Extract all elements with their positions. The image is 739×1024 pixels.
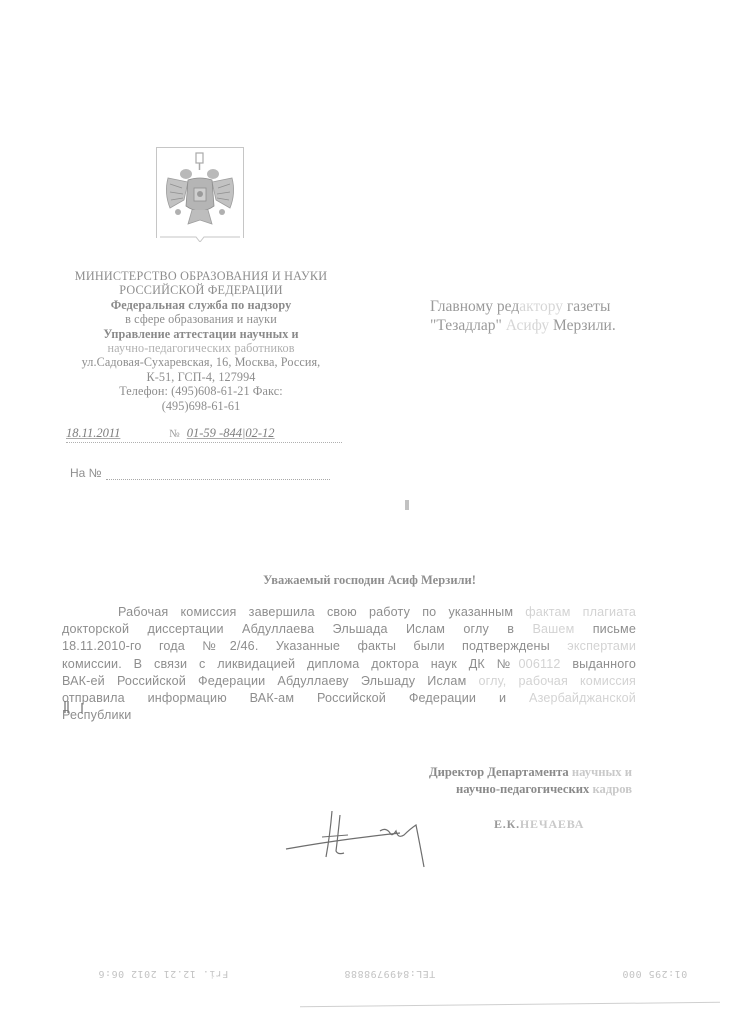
body-text-faded: Вашем [532,622,574,636]
body-text: докторской диссертации Абдуллаева Эльшад… [62,622,532,636]
margin-marks [63,700,93,714]
body-text-faded: фактам плагиата [525,605,636,619]
body-text-faded: 006112 [519,657,561,671]
addressee-text: газеты [563,298,610,315]
fax-line: (495)698-61-61 [60,399,342,413]
addressee-line-1: Главному редактору газеты [430,297,670,316]
signatory-surname: НЕЧАЕВА [520,817,584,831]
reference-label: На № [70,466,102,480]
addressee-text-faded: Асифу [502,317,549,334]
body-text: отправила информацию ВАК-ам Российской Ф… [62,691,529,705]
body-line: Республики [62,707,636,724]
service-sphere: в сфере образования и науки [60,312,342,326]
body-line: ВАК-ей Российской Федерации Абдуллаеву Э… [62,673,636,690]
signatory-title-text: Директор Департамента [429,765,569,779]
ministry-country: РОССИЙСКОЙ ФЕДЕРАЦИИ [60,283,342,297]
body-text: выданного [561,657,636,671]
handwritten-signature [280,805,450,875]
handwritten-number: 01-59 -844|02-12 [187,426,275,440]
signatory-title-line-1: Директор Департамента научных и [352,764,632,781]
signatory-title-text-faded: научных и [569,765,632,779]
addressee-line-2: "Тезадлар" Асифу Мерзили. [430,316,670,335]
address-line-1: ул.Садовая-Сухаревская, 16, Москва, Росс… [60,355,342,369]
body-text: Рабочая комиссия завершила свою работу п… [118,605,525,619]
body-line: отправила информацию ВАК-ам Российской Ф… [62,690,636,707]
body-text-faded: экспертами [567,639,636,653]
body-line: докторской диссертации Абдуллаева Эльшад… [62,621,636,638]
addressee-surname: Мерзили. [549,317,616,334]
department-name-cont: научно-педагогических работников [60,341,342,355]
address-line-2: К-51, ГСП-4, 127994 [60,370,342,384]
body-line: Рабочая комиссия завершила свою работу п… [62,604,636,621]
signatory-title-text-faded: кадров [589,782,632,796]
phone-line: Телефон: (495)608-61-21 Факс: [60,384,342,398]
body-text: письме [574,622,636,636]
body-text: комиссии. В связи с ликвидацией диплома … [62,657,519,671]
addressee-text-faded: актору [519,298,563,315]
body-text: 18.11.2010-го года №2/46. Указанные факт… [62,639,567,653]
signatory-title: Директор Департамента научных и научно-п… [352,764,632,798]
body-text-faded: оглу, рабочая комиссия [478,674,636,688]
number-label: № [169,426,180,442]
letterhead: МИНИСТЕРСТВО ОБРАЗОВАНИЯ И НАУКИ РОССИЙС… [60,269,342,413]
fax-header-date: Fri. 12.21 2012 06:6 [98,968,228,979]
reference-blank [106,469,330,480]
outgoing-reference-line: 18.11.2011 № 01-59 -844|02-12 [66,425,342,443]
paper-edge [300,1002,720,1007]
coat-of-arms-icon [160,148,240,242]
fax-header-page: 01:295 000 [622,968,687,979]
department-name: Управление аттестации научных и [60,327,342,341]
service-name: Федеральная служба по надзору [60,298,342,312]
incoming-reference-line: На № [70,466,330,480]
signatory-title-line-2: научно-педагогических кадров [352,781,632,798]
scan-speck [405,500,409,510]
addressee-text: Главному ред [430,298,519,315]
ministry-name: МИНИСТЕРСТВО ОБРАЗОВАНИЯ И НАУКИ [60,269,342,283]
letter-body: Рабочая комиссия завершила свою работу п… [62,604,636,724]
signatory-name: Е.К.НЕЧАЕВА [494,817,614,832]
addressee: Главному редактору газеты "Тезадлар" Аси… [430,297,670,335]
body-text: ВАК-ей Российской Федерации Абдуллаеву Э… [62,674,478,688]
signatory-title-text: научно-педагогических [456,782,589,796]
body-line: 18.11.2010-го года №2/46. Указанные факт… [62,638,636,655]
fax-header-tel: TEL:8499798888 [344,968,435,979]
body-line: комиссии. В связи с ликвидацией диплома … [62,656,636,673]
salutation: Уважаемый господин Асиф Мерзили! [0,573,739,588]
handwritten-date: 18.11.2011 [66,425,166,441]
signatory-initials: Е.К. [494,817,520,831]
newspaper-name: "Тезадлар" [430,317,502,334]
body-text-faded: Азербайджанской [529,691,636,705]
